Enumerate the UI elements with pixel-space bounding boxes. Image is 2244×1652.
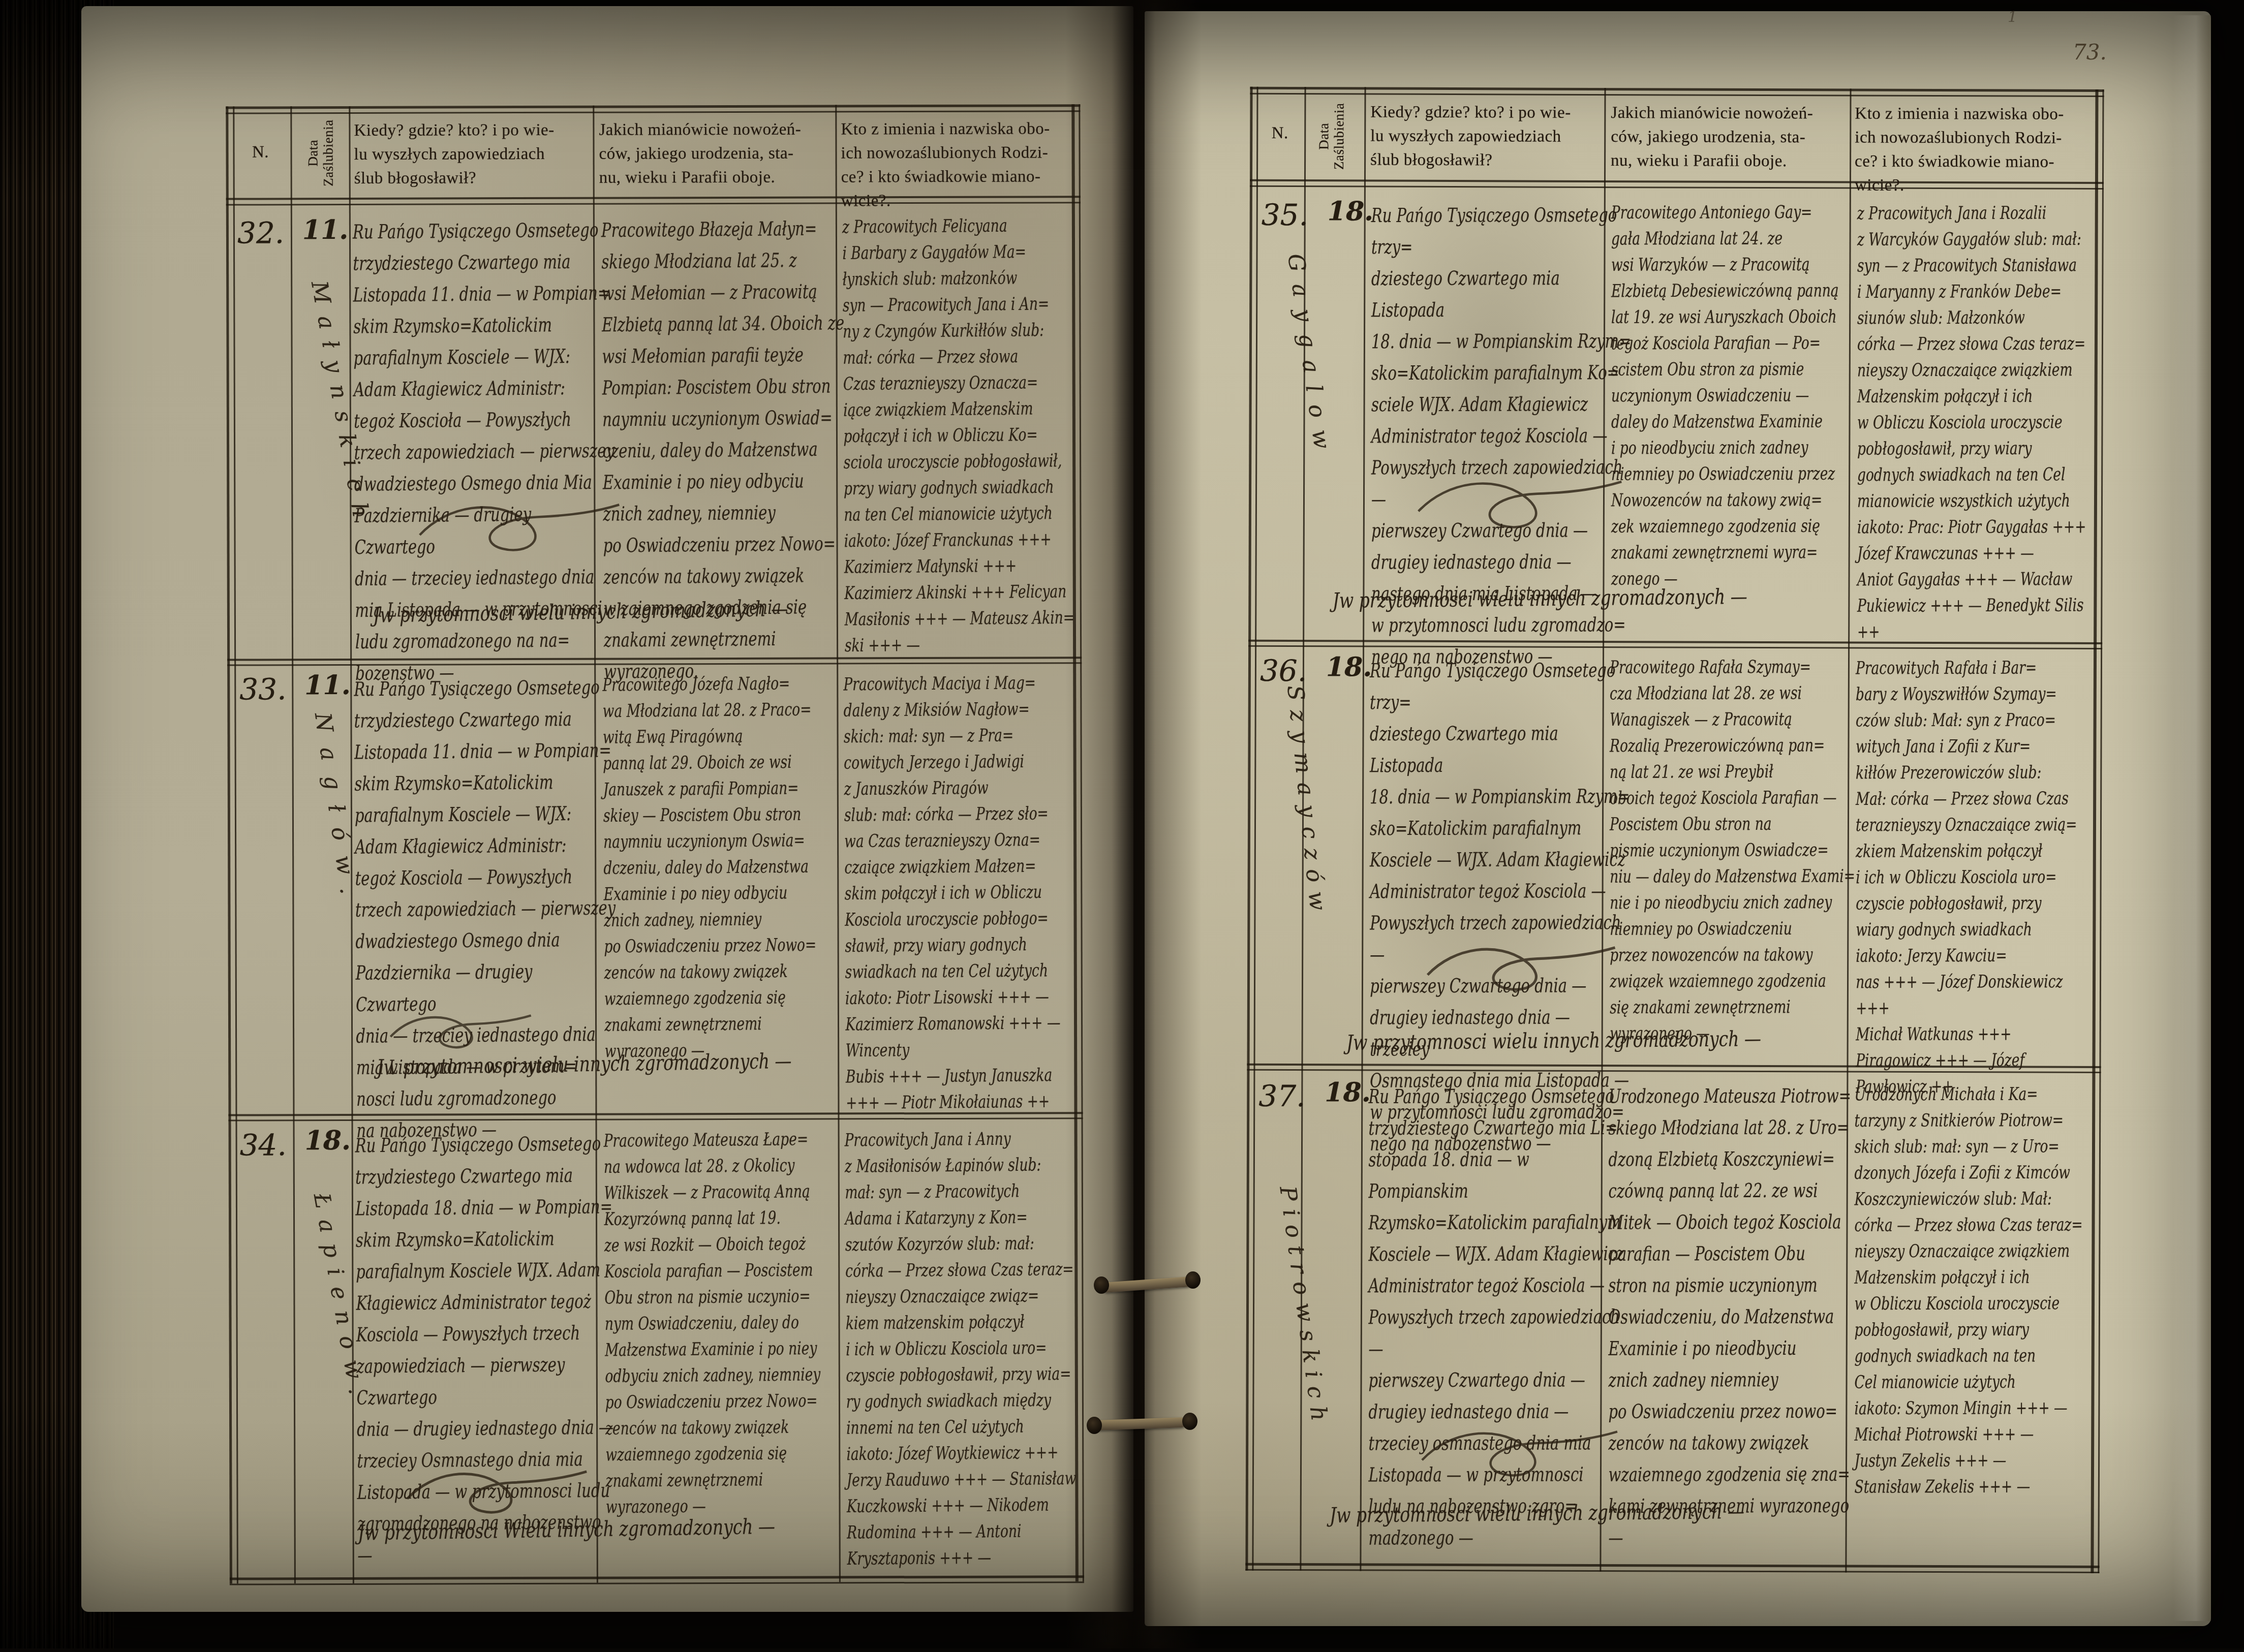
table-rule	[1360, 87, 1366, 1571]
entry-closing-line: Jw przytomnosci wielu innych zgromadzony…	[1332, 584, 1747, 613]
entry-cell-jakich: Pracowitego Antoniego Gay= gała Młodzian…	[1611, 199, 1860, 592]
entry-date: 18.	[1328, 196, 1374, 227]
column-header-data-zaslubienia: Data Zaślubienia	[1316, 83, 1352, 190]
entry-cell-kiedy: Ru Pańgo Tysiączego Osmsetego trzydziest…	[1368, 1080, 1630, 1554]
entry-margin-surname: Gaygalow	[1282, 252, 1336, 462]
table-rule	[1245, 1569, 2099, 1573]
entry-cell-kto: Pracowitych Rafała i Bar= bary z Woyszwi…	[1856, 654, 2100, 1100]
binding-stitch-knot	[1087, 1417, 1102, 1434]
entry-margin-surname: Piotrowskich	[1274, 1185, 1333, 1430]
table-rule	[1250, 93, 2104, 97]
entry-number: 37.	[1258, 1079, 1305, 1113]
entry-number: 35.	[1262, 198, 1308, 232]
corner-mark: 1	[2008, 8, 2017, 26]
entry-cell-kto: z Pracowitych Jana i Rozalii z Warcyków …	[1857, 200, 2101, 645]
entry-closing-line: Jw przytomnosci wielu innych zgromadzony…	[1346, 1026, 1761, 1055]
table-rule	[1250, 87, 2104, 92]
register-book-scan: N. Data Zaślubienia Kiedy? gdzie? kto? i…	[0, 0, 2244, 1648]
entry-margin-surname: Szymayczów	[1282, 684, 1332, 921]
column-header-n: N.	[1255, 121, 1304, 145]
entry-cell-jakich: Pracowitego Rafała Szymay= cza Młodziana…	[1610, 654, 1859, 1047]
column-header-kiedy: Kiedy? gdzie? kto? i po wie- lu wyszłych…	[1370, 101, 1607, 173]
column-header-jakich: Jakich mianówicie nowożeń- ców, jakiego …	[1611, 101, 1845, 173]
table-rule	[1245, 87, 1252, 1571]
binding-stitch-knot	[1185, 1271, 1201, 1289]
page-number: 73.	[2073, 40, 2107, 65]
table-rule	[1252, 87, 1258, 1571]
entry-date: 18.	[1325, 1077, 1371, 1108]
entry-closing-line: Jw przytomnosci wielu innych zgromadzony…	[1330, 1499, 1744, 1528]
entry-number: 36.	[1260, 653, 1307, 688]
binding-gutter-shadow	[1065, 0, 1202, 1648]
binding-stitch-knot	[1094, 1276, 1109, 1294]
table-rule	[1245, 1563, 2099, 1568]
binding-stitch-knot	[1182, 1413, 1197, 1430]
entry-cell-jakich: Urodzonego Mateusza Piotrow= skiego Młod…	[1608, 1080, 1857, 1554]
column-header-kto: Kto z imienia i nazwiska obo- ich nowoza…	[1855, 102, 2092, 198]
entry-cell-kto: Urodzonych Michała i Ka= tarzyny z Snitk…	[1854, 1081, 2098, 1500]
entry-date: 18.	[1326, 651, 1372, 682]
